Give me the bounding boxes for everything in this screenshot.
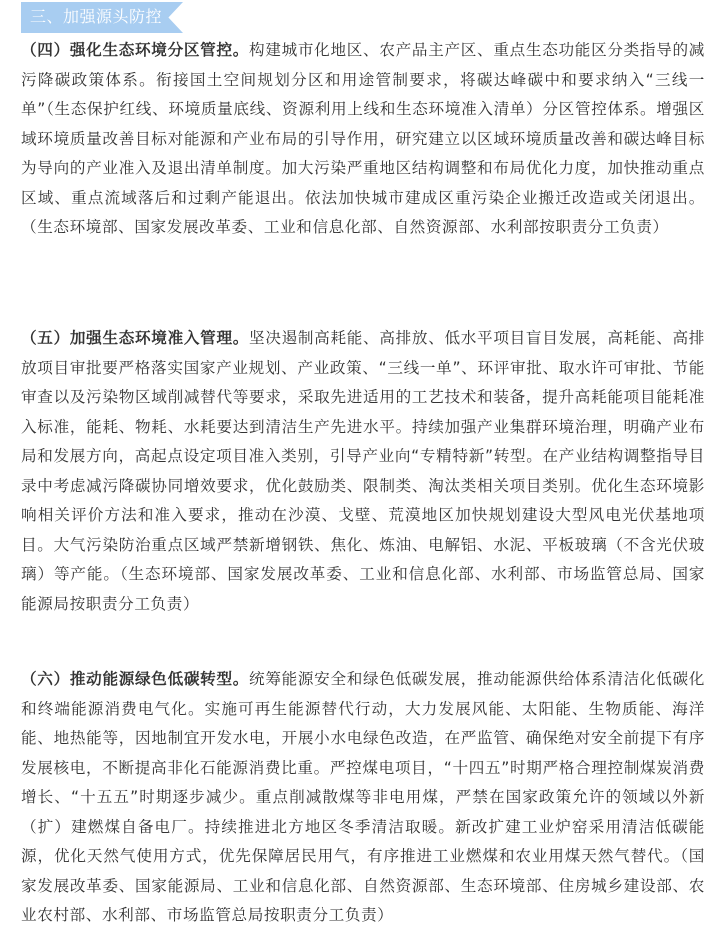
paragraph-lead: （六）推动能源绿色低碳转型。 [21, 670, 249, 688]
paragraph-energy-transition: （六）推动能源绿色低碳转型。统筹能源安全和绿色低碳发展，推动能源供给体系清洁化低… [21, 665, 705, 931]
paragraph-lead: （四）强化生态环境分区管控。 [21, 41, 249, 59]
paragraph-lead: （五）加强生态环境准入管理。 [21, 329, 249, 347]
paragraph-access-management: （五）加强生态环境准入管理。坚决遏制高耗能、高排放、低水平项目盲目发展，高耗能、… [21, 324, 705, 619]
paragraph-body: 构建城市化地区、农产品主产区、重点生态功能区分类指导的减污降碳政策体系。衔接国土… [21, 41, 705, 236]
paragraph-zone-control: （四）强化生态环境分区管控。构建城市化地区、农产品主产区、重点生态功能区分类指导… [21, 36, 705, 243]
paragraph-body: 统筹能源安全和绿色低碳发展，推动能源供给体系清洁化低碳化和终端能源消费电气化。实… [21, 670, 705, 924]
paragraph-body: 坚决遏制高耗能、高排放、低水平项目盲目发展，高耗能、高排放项目审批要严格落实国家… [21, 329, 705, 613]
section-heading: 三、加强源头防控 [30, 5, 162, 29]
